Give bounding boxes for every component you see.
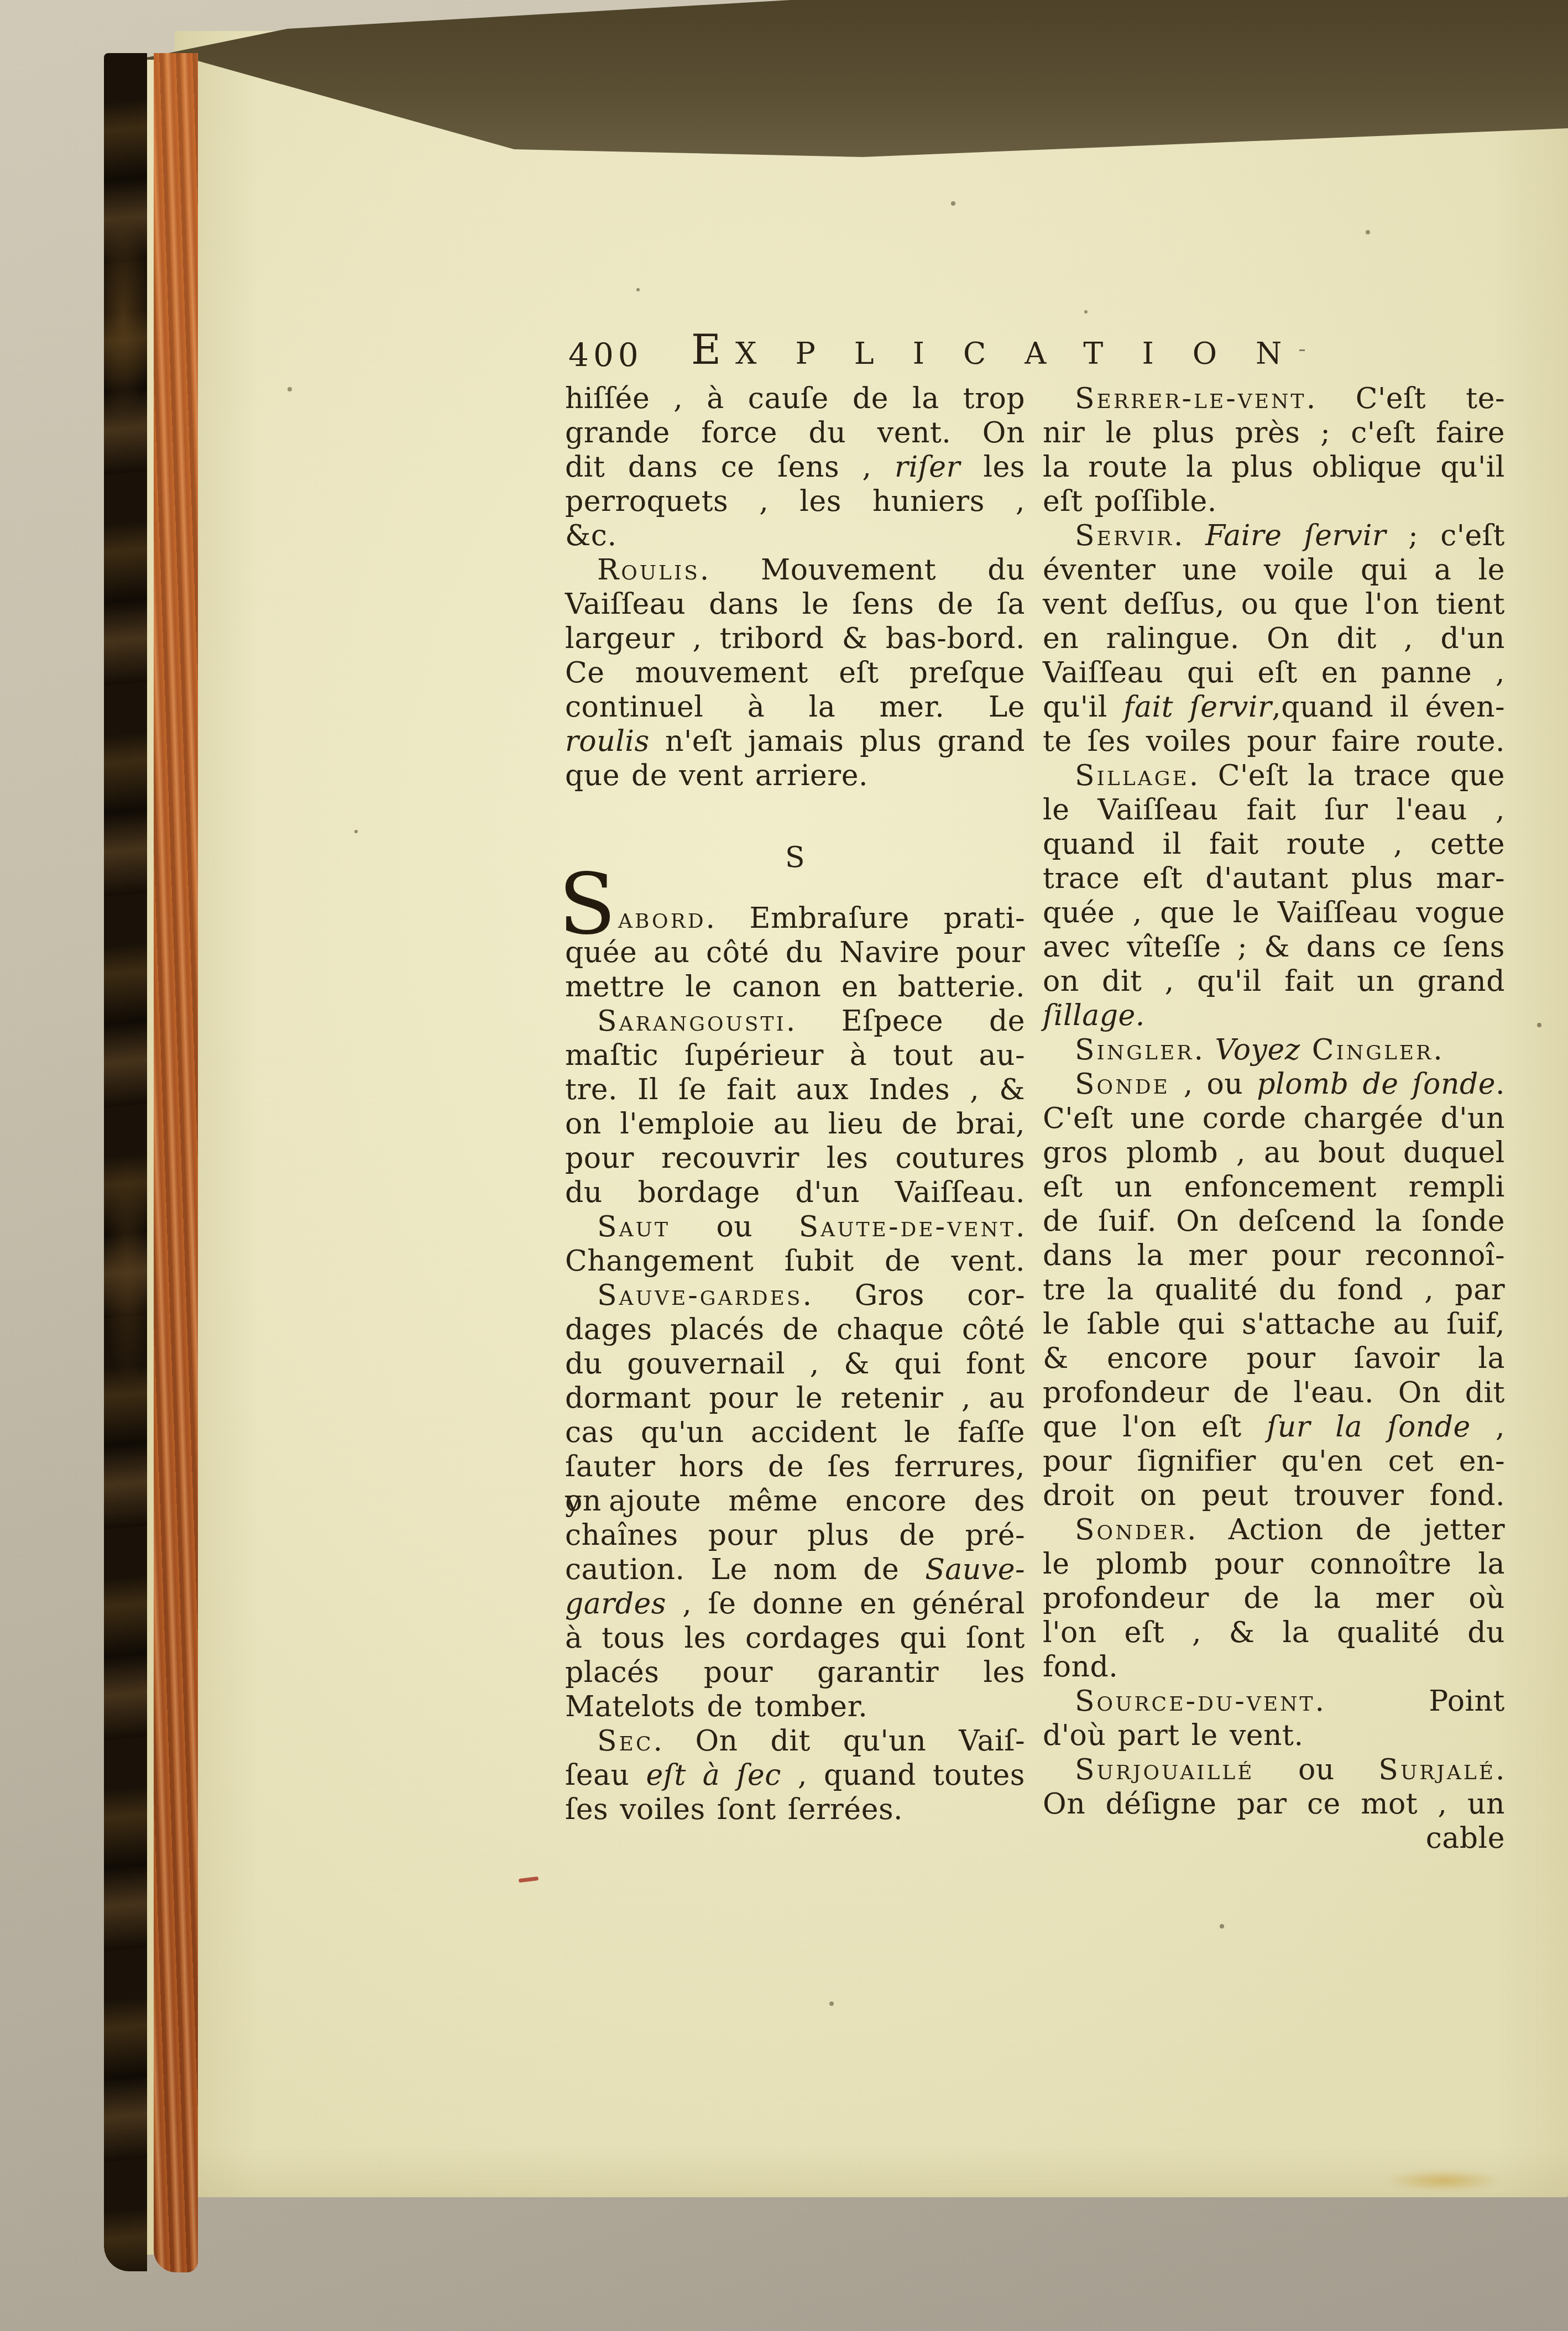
- text-line: Changement ſubit de vent.: [565, 1244, 1025, 1278]
- text-line: caution. Le nom de Sauve-: [565, 1553, 1025, 1587]
- text-segment: caution. Le nom de: [565, 1553, 925, 1586]
- text-segment: chaînes pour plus de pré-: [565, 1519, 1025, 1552]
- book-scan: 400 EXPLICATION- hiſſée , à cauſe de la …: [0, 0, 1568, 2331]
- text-segment: Changement ſubit de vent.: [565, 1245, 1025, 1278]
- text-line: l'on eſt , & la qualité du: [1043, 1616, 1505, 1650]
- text-line: pour recouvrir les coutures: [565, 1141, 1025, 1175]
- text-segment: , ſe donne en général: [666, 1587, 1025, 1621]
- text-segment: abord: [618, 902, 706, 935]
- text-segment: . Embraſure prati-: [706, 902, 1025, 935]
- text-segment: eſt à ſec: [646, 1759, 781, 1792]
- text-segment: gardes: [565, 1587, 666, 1621]
- text-line: mettre le canon en batterie.: [565, 970, 1025, 1004]
- text-segment: eſt poſſible.: [1043, 485, 1217, 518]
- text-segment: ſur la ſonde: [1267, 1410, 1471, 1444]
- text-line: Vaiſſeau dans le ſens de ſa: [565, 587, 1025, 621]
- text-line: maſtic ſupérieur à tout au-: [565, 1038, 1025, 1073]
- text-segment: dormant pour le retenir , au: [565, 1382, 1025, 1415]
- text-segment: Voyez: [1215, 1033, 1300, 1067]
- text-line: largeur , tribord & bas-bord.: [565, 621, 1025, 656]
- text-segment: C'eſt une corde chargée d'un: [1043, 1102, 1505, 1135]
- text-line: de ſuif. On deſcend la ſonde: [1043, 1204, 1505, 1238]
- text-line: vent deſſus, ou que l'on tient: [1043, 587, 1505, 621]
- text-line: Sec. On dit qu'un Vaiſ-: [565, 1724, 1025, 1758]
- text-segment: Sonder: [1075, 1513, 1187, 1546]
- text-line: tre la qualité du fond , par: [1043, 1273, 1505, 1307]
- text-segment: grande force du vent. On: [565, 416, 1025, 450]
- text-segment: Sec: [597, 1724, 653, 1758]
- text-line: Serrer-le-vent. C'eſt te-: [1043, 381, 1505, 416]
- text-segment: ou: [670, 1210, 799, 1243]
- text-line: te ſes voiles pour faire route.: [1043, 724, 1505, 759]
- text-segment: . C'eſt te-: [1306, 382, 1505, 415]
- text-segment: cas qu'un accident le faſſe: [565, 1416, 1025, 1449]
- text-segment: Cingler: [1312, 1033, 1434, 1067]
- text-line: le Vaiſſeau fait ſur l'eau ,: [1043, 793, 1505, 827]
- text-line: perroquets , les huniers ,: [565, 484, 1025, 519]
- text-segment: .: [1194, 1033, 1215, 1067]
- text-line: le plomb pour connoître la: [1043, 1547, 1505, 1581]
- text-line: dormant pour le retenir , au: [565, 1381, 1025, 1415]
- text-line: trace eſt d'autant plus mar-: [1043, 861, 1505, 896]
- text-segment: Serrer-le-vent: [1075, 382, 1306, 415]
- text-segment: continuel à la mer. Le: [565, 691, 1025, 724]
- text-line: C'eſt une corde chargée d'un: [1043, 1101, 1505, 1136]
- text-line: on dit , qu'il fait un grand: [1043, 964, 1505, 999]
- text-line: abord. Embraſure prati-: [565, 901, 1025, 935]
- text-segment: Sauve-gardes: [597, 1279, 802, 1312]
- text-line: Source-du-vent. Point: [1043, 1684, 1505, 1718]
- text-line: que l'on eſt ſur la ſonde ,: [1043, 1410, 1505, 1444]
- text-line: profondeur de l'eau. On dit: [1043, 1376, 1505, 1410]
- text-line: roulis n'eſt jamais plus grand: [565, 724, 1025, 759]
- text-segment: le Vaiſſeau fait ſur l'eau ,: [1043, 793, 1505, 827]
- text-line: fond.: [1043, 1650, 1505, 1684]
- text-segment: Sonde: [1075, 1068, 1170, 1101]
- text-line: Surjouaillé ou Surjalé.: [1043, 1753, 1505, 1787]
- text-segment: &c.: [565, 519, 616, 552]
- text-segment: tre la qualité du fond , par: [1043, 1273, 1505, 1306]
- text-line: gros plomb , au bout duquel: [1043, 1136, 1505, 1170]
- text-line: quée au côté du Navire pour: [565, 935, 1025, 970]
- text-segment: S: [785, 841, 805, 874]
- text-segment: eſt un enfoncement rempli: [1043, 1170, 1505, 1204]
- page-stain: [1366, 2166, 1520, 2195]
- text-segment: trace eſt d'autant plus mar-: [1043, 862, 1505, 895]
- text-segment: largeur , tribord & bas-bord.: [565, 622, 1025, 655]
- text-line: Sonde , ou plomb de ſonde.: [1043, 1067, 1505, 1101]
- text-segment: placés pour garantir les: [565, 1656, 1025, 1689]
- text-segment: pour recouvrir les coutures: [565, 1142, 1025, 1175]
- text-segment: .: [1496, 1068, 1505, 1101]
- text-line: S: [565, 840, 1025, 875]
- text-segment: qu'il: [1043, 691, 1123, 724]
- text-segment: en ralingue. On dit , d'un: [1043, 622, 1505, 655]
- text-segment: cable: [1426, 1822, 1505, 1855]
- text-segment: Saute-de-vent: [799, 1210, 1016, 1243]
- text-segment: on l'emploie au lieu de brai,: [565, 1107, 1025, 1141]
- text-line: Saut ou Saute-de-vent.: [565, 1210, 1025, 1244]
- text-segment: que l'on eſt: [1043, 1410, 1267, 1444]
- text-segment: Vaiſſeau dans le ſens de ſa: [565, 588, 1025, 621]
- text-segment: quée au côté du Navire pour: [565, 936, 1025, 969]
- text-segment: Matelots de tomber.: [565, 1690, 867, 1723]
- text-line: cable: [1043, 1821, 1505, 1856]
- text-line: Vaiſſeau qui eſt en panne ,: [1043, 656, 1505, 690]
- text-line: eſt un enfoncement rempli: [1043, 1170, 1505, 1204]
- text-line: & encore pour ſavoir la: [1043, 1341, 1505, 1376]
- text-segment: maſtic ſupérieur à tout au-: [565, 1039, 1025, 1072]
- text-segment: ou: [1255, 1753, 1379, 1786]
- text-segment: dages placés de chaque côté: [565, 1313, 1025, 1346]
- text-segment: Faire ſervir: [1205, 519, 1386, 552]
- text-segment: les: [960, 451, 1025, 484]
- text-segment: Roulis: [597, 553, 700, 587]
- text-segment: ,: [1471, 1410, 1505, 1444]
- text-segment: dans la mer pour reconnoî-: [1043, 1239, 1505, 1272]
- page-text-layer: 400 EXPLICATION- hiſſée , à cauſe de la …: [0, 0, 1568, 2331]
- text-segment: n'eſt jamais plus grand: [650, 725, 1025, 758]
- text-segment: ; c'eſt: [1386, 519, 1505, 552]
- text-line: droit on peut trouver fond.: [1043, 1478, 1505, 1513]
- dust-specks: [0, 0, 2, 2]
- text-line: du gouvernail , & qui font: [565, 1347, 1025, 1381]
- text-line: le ſable qui s'attache au ſuif,: [1043, 1307, 1505, 1341]
- text-line: Singler. Voyez Cingler.: [1043, 1033, 1505, 1067]
- text-line: la route la plus oblique qu'il: [1043, 450, 1505, 484]
- text-segment: ,quand il éven-: [1272, 691, 1505, 724]
- text-segment: Saut: [597, 1210, 670, 1243]
- text-segment: gros plomb , au bout duquel: [1043, 1136, 1505, 1169]
- text-segment: ſes voiles ſont ſerrées.: [565, 1793, 903, 1826]
- text-segment: droit on peut trouver fond.: [1043, 1479, 1505, 1512]
- text-segment: que de vent arriere.: [565, 759, 868, 792]
- text-segment: ſillage.: [1043, 999, 1145, 1032]
- text-segment: à tous les cordages qui ſont: [565, 1622, 1025, 1655]
- text-line: ſes voiles ſont ſerrées.: [565, 1792, 1025, 1827]
- text-segment: , ou: [1170, 1068, 1257, 1101]
- text-line: Sillage. C'eſt la trace que: [1043, 759, 1505, 793]
- text-segment: . C'eſt la trace que: [1189, 759, 1505, 792]
- text-segment: pour ſignifier qu'en cet en-: [1043, 1445, 1505, 1478]
- text-segment: . Mouvement du: [700, 553, 1025, 587]
- text-line: nir le plus près ; c'eſt faire: [1043, 416, 1505, 450]
- text-segment: éventer une voile qui a le: [1043, 553, 1505, 587]
- text-line: en ralingue. On dit , d'un: [1043, 621, 1505, 656]
- text-line: éventer une voile qui a le: [1043, 553, 1505, 587]
- text-segment: On déſigne par ce mot , un: [1043, 1788, 1505, 1821]
- text-segment: du gouvernail , & qui font: [565, 1347, 1025, 1381]
- text-segment: roulis: [565, 725, 650, 758]
- text-segment: Sauve-: [925, 1553, 1025, 1586]
- text-segment: .: [1496, 1753, 1505, 1786]
- text-segment: . Gros cor-: [802, 1279, 1025, 1312]
- text-line: Roulis. Mouvement du: [565, 553, 1025, 587]
- text-segment: Ce mouvement eſt preſque: [565, 656, 1025, 689]
- text-line: on l'emploie au lieu de brai,: [565, 1107, 1025, 1141]
- text-segment: . On dit qu'un Vaiſ-: [653, 1724, 1025, 1758]
- text-line: Ce mouvement eſt preſque: [565, 656, 1025, 690]
- text-line: quand il fait route , cette: [1043, 827, 1505, 861]
- text-line: Matelots de tomber.: [565, 1690, 1025, 1724]
- text-segment: .: [1016, 1210, 1025, 1243]
- text-segment: la route la plus oblique qu'il: [1043, 451, 1505, 484]
- text-line: ſillage.: [1043, 999, 1505, 1033]
- dropcap-initial: S: [558, 863, 616, 947]
- text-line: hiſſée , à cauſe de la trop: [565, 381, 1025, 416]
- text-line: On déſigne par ce mot , un: [1043, 1787, 1505, 1821]
- text-segment: fait ſervir: [1123, 691, 1272, 724]
- text-segment: dit dans ce ſens ,: [565, 451, 895, 484]
- text-line: pour ſignifier qu'en cet en-: [1043, 1444, 1505, 1478]
- text-segment: .: [1174, 519, 1205, 552]
- text-line: grande force du vent. On: [565, 416, 1025, 450]
- text-segment: y ajoute même encore des: [565, 1485, 1025, 1518]
- text-segment: le ſable qui s'attache au ſuif,: [1043, 1308, 1505, 1341]
- text-line: avec vîteſſe ; & dans ce ſens: [1043, 930, 1505, 964]
- text-segment: & encore pour ſavoir la: [1043, 1342, 1505, 1375]
- text-segment: on dit , qu'il fait un grand: [1043, 965, 1505, 998]
- text-line: d'où part le vent.: [1043, 1718, 1505, 1753]
- text-segment: , quand toutes: [781, 1759, 1025, 1792]
- text-line: du bordage d'un Vaiſſeau.: [565, 1175, 1025, 1210]
- text-line: quée , que le Vaiſſeau vogue: [1043, 896, 1505, 930]
- text-segment: hiſſée , à cauſe de la trop: [565, 382, 1025, 415]
- text-line: placés pour garantir les: [565, 1655, 1025, 1690]
- text-line: à tous les cordages qui ſont: [565, 1621, 1025, 1655]
- text-line: continuel à la mer. Le: [565, 690, 1025, 724]
- text-segment: . Eſpece de: [786, 1005, 1025, 1038]
- text-segment: profondeur de la mer où: [1043, 1582, 1505, 1615]
- text-line: dages placés de chaque côté: [565, 1313, 1025, 1347]
- text-segment: profondeur de l'eau. On dit: [1043, 1376, 1505, 1409]
- text-segment: Sillage: [1075, 759, 1189, 792]
- text-segment: riſer: [895, 451, 960, 484]
- text-line: profondeur de la mer où: [1043, 1581, 1505, 1616]
- text-segment: fond.: [1043, 1650, 1118, 1684]
- text-segment: . Action de jetter: [1187, 1513, 1505, 1546]
- text-segment: Surjalé: [1378, 1753, 1496, 1786]
- text-segment: avec vîteſſe ; & dans ce ſens: [1043, 931, 1505, 964]
- text-line: tre. Il ſe fait aux Indes , &: [565, 1073, 1025, 1107]
- text-line: que de vent arriere.: [565, 759, 1025, 793]
- text-segment: plomb de ſonde: [1257, 1068, 1496, 1101]
- text-line: ſeau eſt à ſec , quand toutes: [565, 1758, 1025, 1792]
- text-segment: . Point: [1315, 1685, 1505, 1718]
- text-segment: le plomb pour connoître la: [1043, 1548, 1505, 1581]
- text-column-left: hiſſée , à cauſe de la tropgrande force …: [565, 0, 1025, 2331]
- text-segment: tre. Il ſe fait aux Indes , &: [565, 1073, 1025, 1106]
- text-segment: perroquets , les huniers ,: [565, 485, 1025, 518]
- text-line: Servir. Faire ſervir ; c'eſt: [1043, 519, 1505, 553]
- text-line: cas qu'un accident le faſſe: [565, 1415, 1025, 1450]
- text-segment: Surjouaillé: [1075, 1753, 1255, 1786]
- text-segment: nir le plus près ; c'eſt faire: [1043, 416, 1505, 450]
- text-line: chaînes pour plus de pré-: [565, 1518, 1025, 1553]
- text-line: qu'il fait ſervir,quand il éven-: [1043, 690, 1505, 724]
- text-column-right: Serrer-le-vent. C'eſt te-nir le plus prè…: [1043, 0, 1505, 2331]
- text-line: Sonder. Action de jetter: [1043, 1513, 1505, 1547]
- text-segment: Servir: [1075, 519, 1174, 552]
- text-line: dit dans ce ſens , riſer les: [565, 450, 1025, 484]
- text-segment: d'où part le vent.: [1043, 1719, 1303, 1752]
- text-segment: du bordage d'un Vaiſſeau.: [565, 1176, 1025, 1209]
- text-line: y ajoute même encore des: [565, 1484, 1025, 1518]
- text-segment: Vaiſſeau qui eſt en panne ,: [1043, 656, 1505, 689]
- text-line: eſt poſſible.: [1043, 484, 1505, 519]
- text-segment: vent deſſus, ou que l'on tient: [1043, 588, 1505, 621]
- text-segment: mettre le canon en batterie.: [565, 970, 1025, 1004]
- text-segment: te ſes voiles pour faire route.: [1043, 725, 1505, 758]
- text-segment: Source-du-vent: [1075, 1685, 1315, 1718]
- text-segment: de ſuif. On deſcend la ſonde: [1043, 1205, 1505, 1238]
- text-segment: Sarangousti: [597, 1005, 786, 1038]
- text-segment: [1300, 1033, 1312, 1067]
- text-line: dans la mer pour reconnoî-: [1043, 1238, 1505, 1273]
- text-line: Sarangousti. Eſpece de: [565, 1004, 1025, 1038]
- text-segment: quée , que le Vaiſſeau vogue: [1043, 896, 1505, 929]
- text-line: Sauve-gardes. Gros cor-: [565, 1278, 1025, 1313]
- text-segment: Singler: [1075, 1033, 1194, 1067]
- text-segment: l'on eſt , & la qualité du: [1043, 1616, 1505, 1649]
- text-line: gardes , ſe donne en général: [565, 1587, 1025, 1621]
- text-segment: ſeau: [565, 1759, 646, 1792]
- text-segment: quand il fait route , cette: [1043, 828, 1505, 861]
- text-segment: .: [1433, 1033, 1442, 1067]
- text-line: &c.: [565, 519, 1025, 553]
